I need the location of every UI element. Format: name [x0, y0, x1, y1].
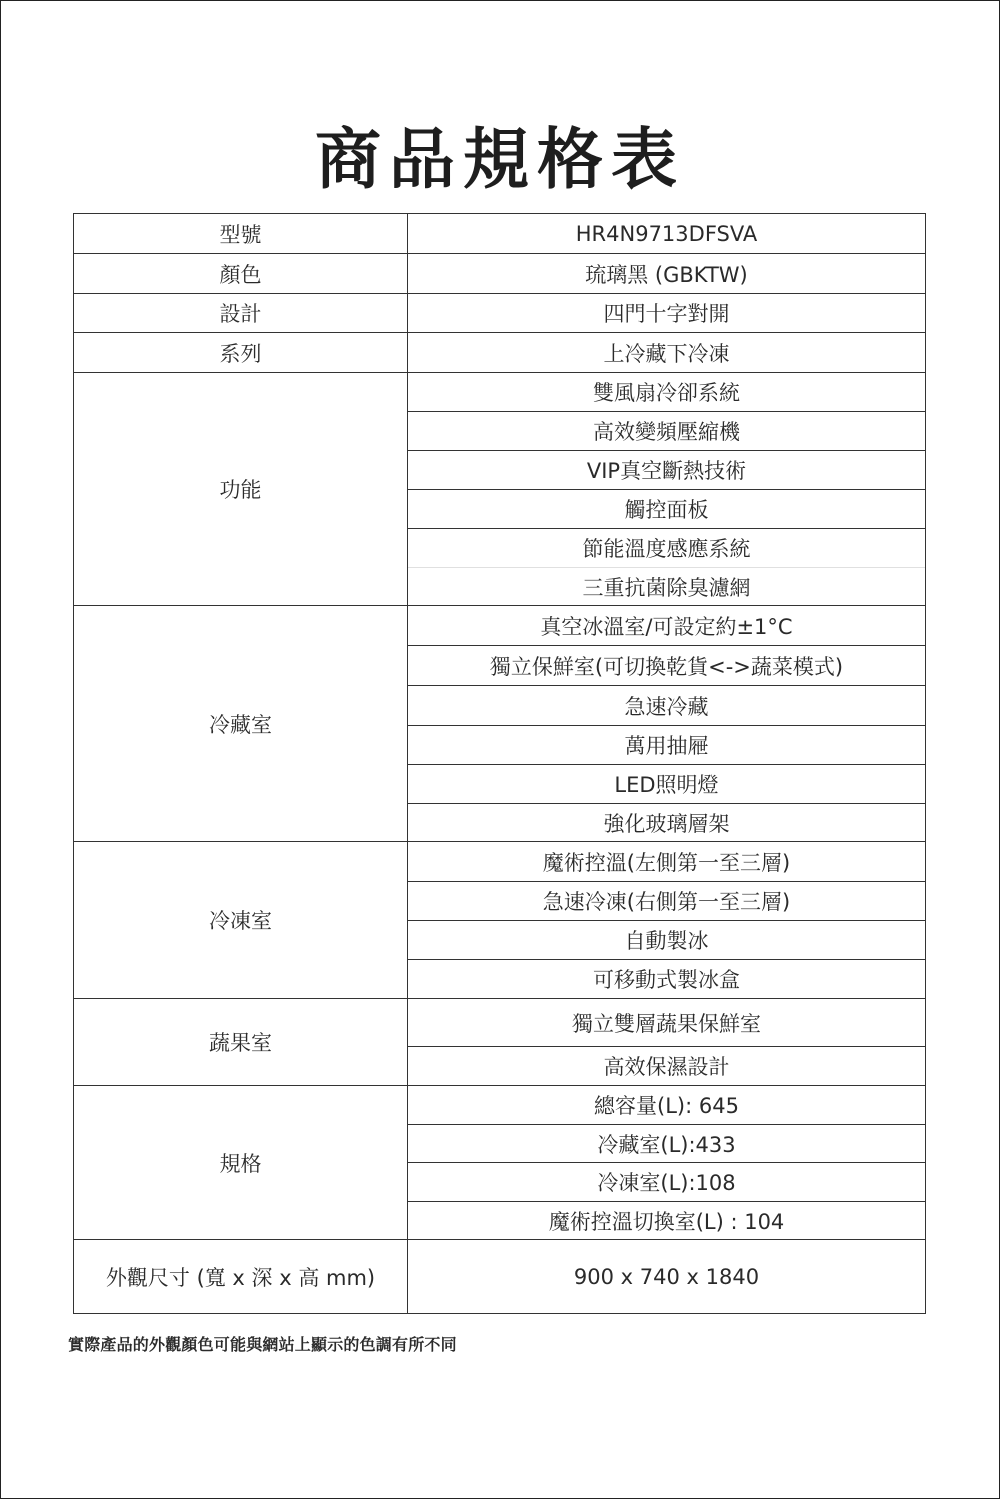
spec-row-group: 功能雙風扇冷卻系統高效變頻壓縮機VIP真空斷熱技術觸控面板節能溫度感應系統三重抗… [74, 372, 925, 605]
spec-value: 三重抗菌除臭濾網 [408, 567, 925, 605]
spec-row-group: 顏色琉璃黑 (GBKTW) [74, 253, 925, 293]
spec-values: 900 x 740 x 1840 [408, 1240, 925, 1313]
spec-values: 獨立雙層蔬果保鮮室高效保濕設計 [408, 999, 925, 1085]
spec-label: 型號 [74, 214, 408, 253]
spec-row-group: 規格總容量(L): 645冷藏室(L):433冷凍室(L):108魔術控溫切換室… [74, 1085, 925, 1239]
spec-value: LED照明燈 [408, 764, 925, 803]
spec-value: 冷藏室(L):433 [408, 1124, 925, 1162]
spec-label: 蔬果室 [74, 999, 408, 1085]
spec-values: HR4N9713DFSVA [408, 214, 925, 253]
spec-value: 真空冰溫室/可設定約±1°C [408, 606, 925, 645]
spec-label: 冷凍室 [74, 842, 408, 998]
spec-value: 四門十字對開 [408, 294, 925, 332]
spec-value: 可移動式製冰盒 [408, 959, 925, 998]
spec-value: 魔術控溫切換室(L) : 104 [408, 1201, 925, 1239]
spec-values: 魔術控溫(左側第一至三層)急速冷凍(右側第一至三層)自動製冰可移動式製冰盒 [408, 842, 925, 998]
spec-value: 魔術控溫(左側第一至三層) [408, 842, 925, 881]
spec-row-group: 設計四門十字對開 [74, 293, 925, 332]
spec-label: 顏色 [74, 254, 408, 293]
spec-row-group: 蔬果室獨立雙層蔬果保鮮室高效保濕設計 [74, 998, 925, 1085]
spec-row-group: 外觀尺寸 (寬 x 深 x 高 mm)900 x 740 x 1840 [74, 1239, 925, 1313]
spec-values: 琉璃黑 (GBKTW) [408, 254, 925, 293]
spec-label: 外觀尺寸 (寬 x 深 x 高 mm) [74, 1240, 408, 1313]
spec-value: 冷凍室(L):108 [408, 1162, 925, 1201]
spec-value: 自動製冰 [408, 920, 925, 959]
color-disclaimer-footnote: 實際產品的外觀顏色可能與網站上顯示的色調有所不同 [68, 1332, 457, 1355]
spec-values: 上冷藏下冷凍 [408, 333, 925, 372]
spec-label: 功能 [74, 373, 408, 605]
spec-table: 型號HR4N9713DFSVA顏色琉璃黑 (GBKTW)設計四門十字對開系列上冷… [73, 213, 926, 1314]
spec-label: 冷藏室 [74, 606, 408, 841]
spec-label: 系列 [74, 333, 408, 372]
spec-value: 急速冷藏 [408, 685, 925, 725]
spec-value: 節能溫度感應系統 [408, 528, 925, 567]
spec-values: 總容量(L): 645冷藏室(L):433冷凍室(L):108魔術控溫切換室(L… [408, 1086, 925, 1239]
spec-row-group: 型號HR4N9713DFSVA [74, 214, 925, 253]
spec-row-group: 系列上冷藏下冷凍 [74, 332, 925, 372]
spec-value: 強化玻璃層架 [408, 803, 925, 841]
spec-values: 真空冰溫室/可設定約±1°C獨立保鮮室(可切換乾貨<->蔬菜模式)急速冷藏萬用抽… [408, 606, 925, 841]
spec-value: HR4N9713DFSVA [408, 214, 925, 253]
spec-value: 雙風扇冷卻系統 [408, 373, 925, 411]
spec-value: 高效變頻壓縮機 [408, 411, 925, 450]
spec-label: 規格 [74, 1086, 408, 1239]
page-title: 商品規格表 [0, 120, 1000, 200]
spec-value: 急速冷凍(右側第一至三層) [408, 881, 925, 920]
spec-value: 高效保濕設計 [408, 1046, 925, 1085]
spec-value: 獨立保鮮室(可切換乾貨<->蔬菜模式) [408, 645, 925, 685]
spec-value: 獨立雙層蔬果保鮮室 [408, 999, 925, 1046]
spec-value: 萬用抽屜 [408, 725, 925, 764]
spec-row-group: 冷藏室真空冰溫室/可設定約±1°C獨立保鮮室(可切換乾貨<->蔬菜模式)急速冷藏… [74, 605, 925, 841]
spec-value: 總容量(L): 645 [408, 1086, 925, 1124]
spec-value: 900 x 740 x 1840 [408, 1240, 925, 1313]
spec-row-group: 冷凍室魔術控溫(左側第一至三層)急速冷凍(右側第一至三層)自動製冰可移動式製冰盒 [74, 841, 925, 998]
spec-values: 四門十字對開 [408, 294, 925, 332]
spec-value: VIP真空斷熱技術 [408, 450, 925, 489]
spec-label: 設計 [74, 294, 408, 332]
spec-value: 上冷藏下冷凍 [408, 333, 925, 372]
spec-value: 琉璃黑 (GBKTW) [408, 254, 925, 293]
spec-values: 雙風扇冷卻系統高效變頻壓縮機VIP真空斷熱技術觸控面板節能溫度感應系統三重抗菌除… [408, 373, 925, 605]
spec-value: 觸控面板 [408, 489, 925, 528]
